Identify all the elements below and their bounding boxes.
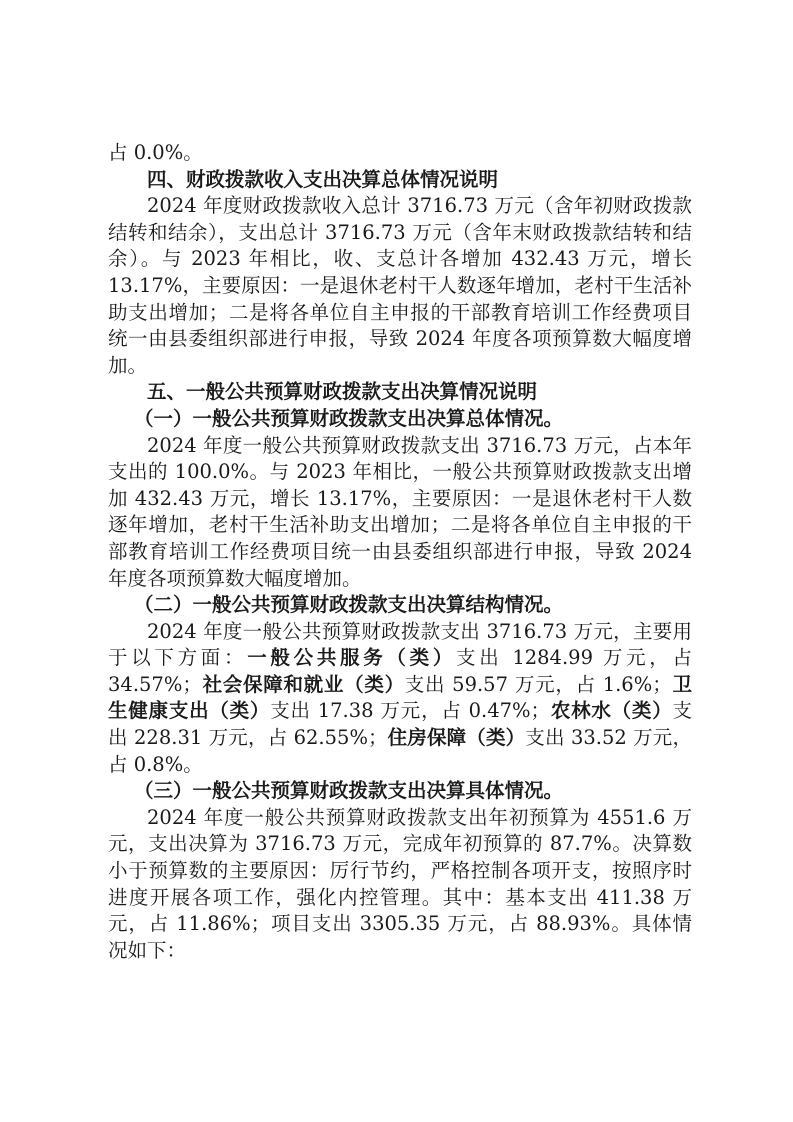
- subsection-3-body: 2024 年度一般公共预算财政拨款支出年初预算为 4551.6 万元，支出决算为…: [108, 805, 692, 965]
- subsection-1-body: 2024 年度一般公共预算财政拨款支出 3716.73 万元，占本年支出的 10…: [108, 433, 692, 593]
- subsection-2-body: 2024 年度一般公共预算财政拨款支出 3716.73 万元，主要用于以下方面：…: [108, 619, 692, 779]
- category-social-security: 社会保障和就业（类）: [202, 673, 405, 696]
- subsection-1-heading: （一）一般公共预算财政拨款支出决算总体情况。: [108, 406, 692, 433]
- category-general-public-services: 一般公共服务（类）: [247, 646, 456, 669]
- category-social-security-value: 支出 59.57 万元，占 1.6%；: [405, 673, 672, 696]
- category-health-value: 支出 17.38 万元，占 0.47%；: [270, 699, 550, 722]
- section-5-heading: 五、一般公共预算财政拨款支出决算情况说明: [108, 379, 692, 406]
- section-4-heading: 四、财政拨款收入支出决算总体情况说明: [108, 167, 692, 194]
- section-4-body: 2024 年度财政拨款收入总计 3716.73 万元（含年初财政拨款结转和结余）…: [108, 193, 692, 379]
- category-agriculture: 农林水（类）: [550, 699, 672, 722]
- category-housing: 住房保障（类）: [387, 726, 525, 749]
- subsection-2-heading: （二）一般公共预算财政拨款支出决算结构情况。: [108, 592, 692, 619]
- document-page: 占 0.0%。 四、财政拨款收入支出决算总体情况说明 2024 年度财政拨款收入…: [108, 140, 692, 964]
- continuation-line: 占 0.0%。: [108, 140, 692, 167]
- subsection-3-heading: （三）一般公共预算财政拨款支出决算具体情况。: [108, 778, 692, 805]
